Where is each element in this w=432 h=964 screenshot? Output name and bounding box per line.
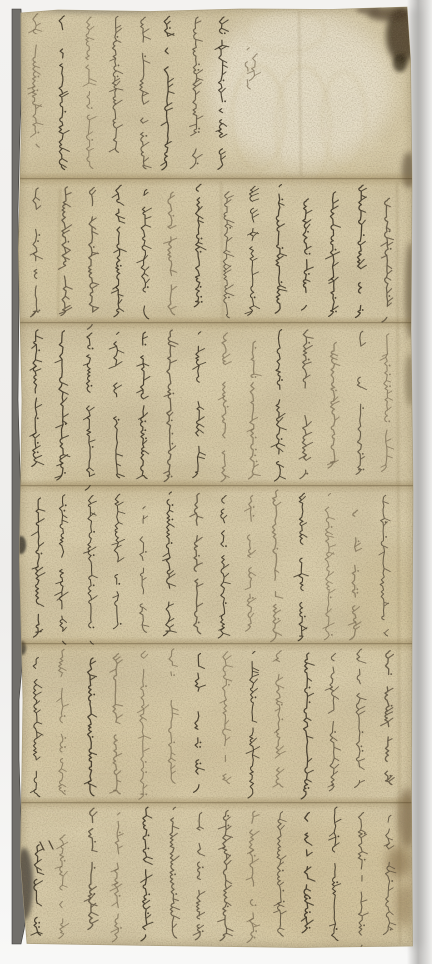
paper-grain: [0, 0, 432, 964]
manuscript-scroll: [0, 0, 432, 964]
manuscript-scan-background: [0, 0, 432, 964]
manuscript-paper-rendering: [0, 0, 432, 964]
paper-surface: [0, 0, 432, 964]
